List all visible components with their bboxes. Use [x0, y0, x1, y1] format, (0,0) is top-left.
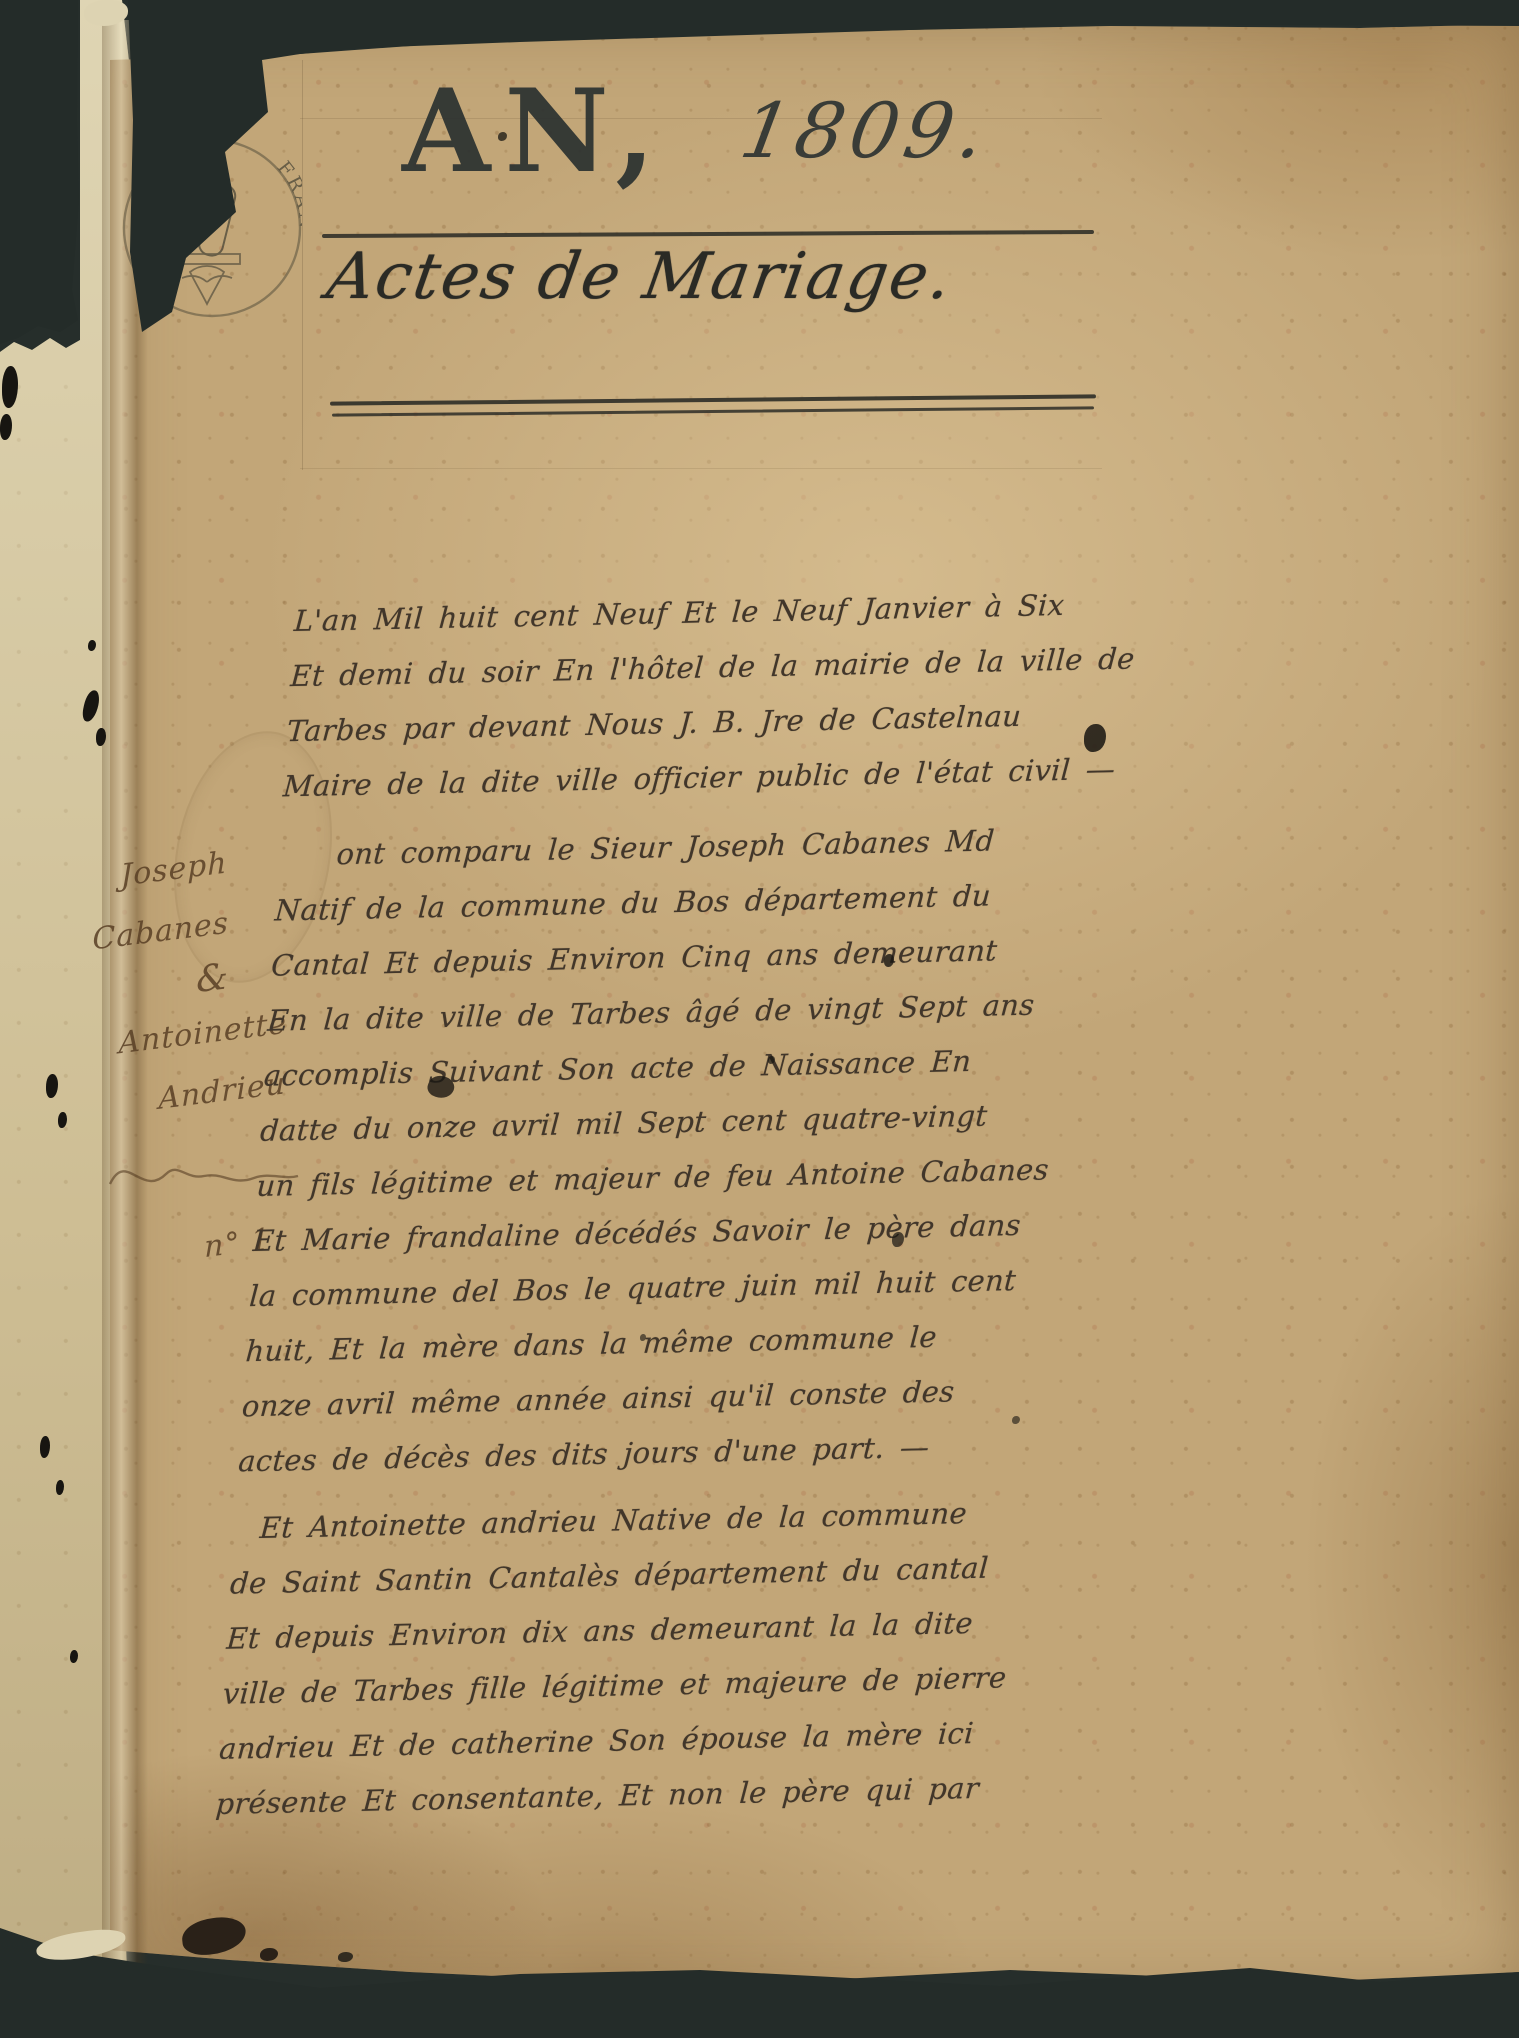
manuscript-text: L'an Mil huit cent Neuf Et le Neuf Janvi… [214, 577, 1116, 1832]
register-page-scan: AN, 1809. Actes de Mariage. FRAN. [0, 0, 1519, 2038]
margin-note: & [196, 956, 230, 1001]
year-heading: AN, [402, 64, 669, 198]
register-title: Actes de Mariage. [322, 240, 958, 314]
scan-background [0, 0, 80, 360]
year-value: 1809. [734, 86, 997, 175]
frame-line [302, 60, 303, 470]
frame-line [300, 468, 1102, 469]
